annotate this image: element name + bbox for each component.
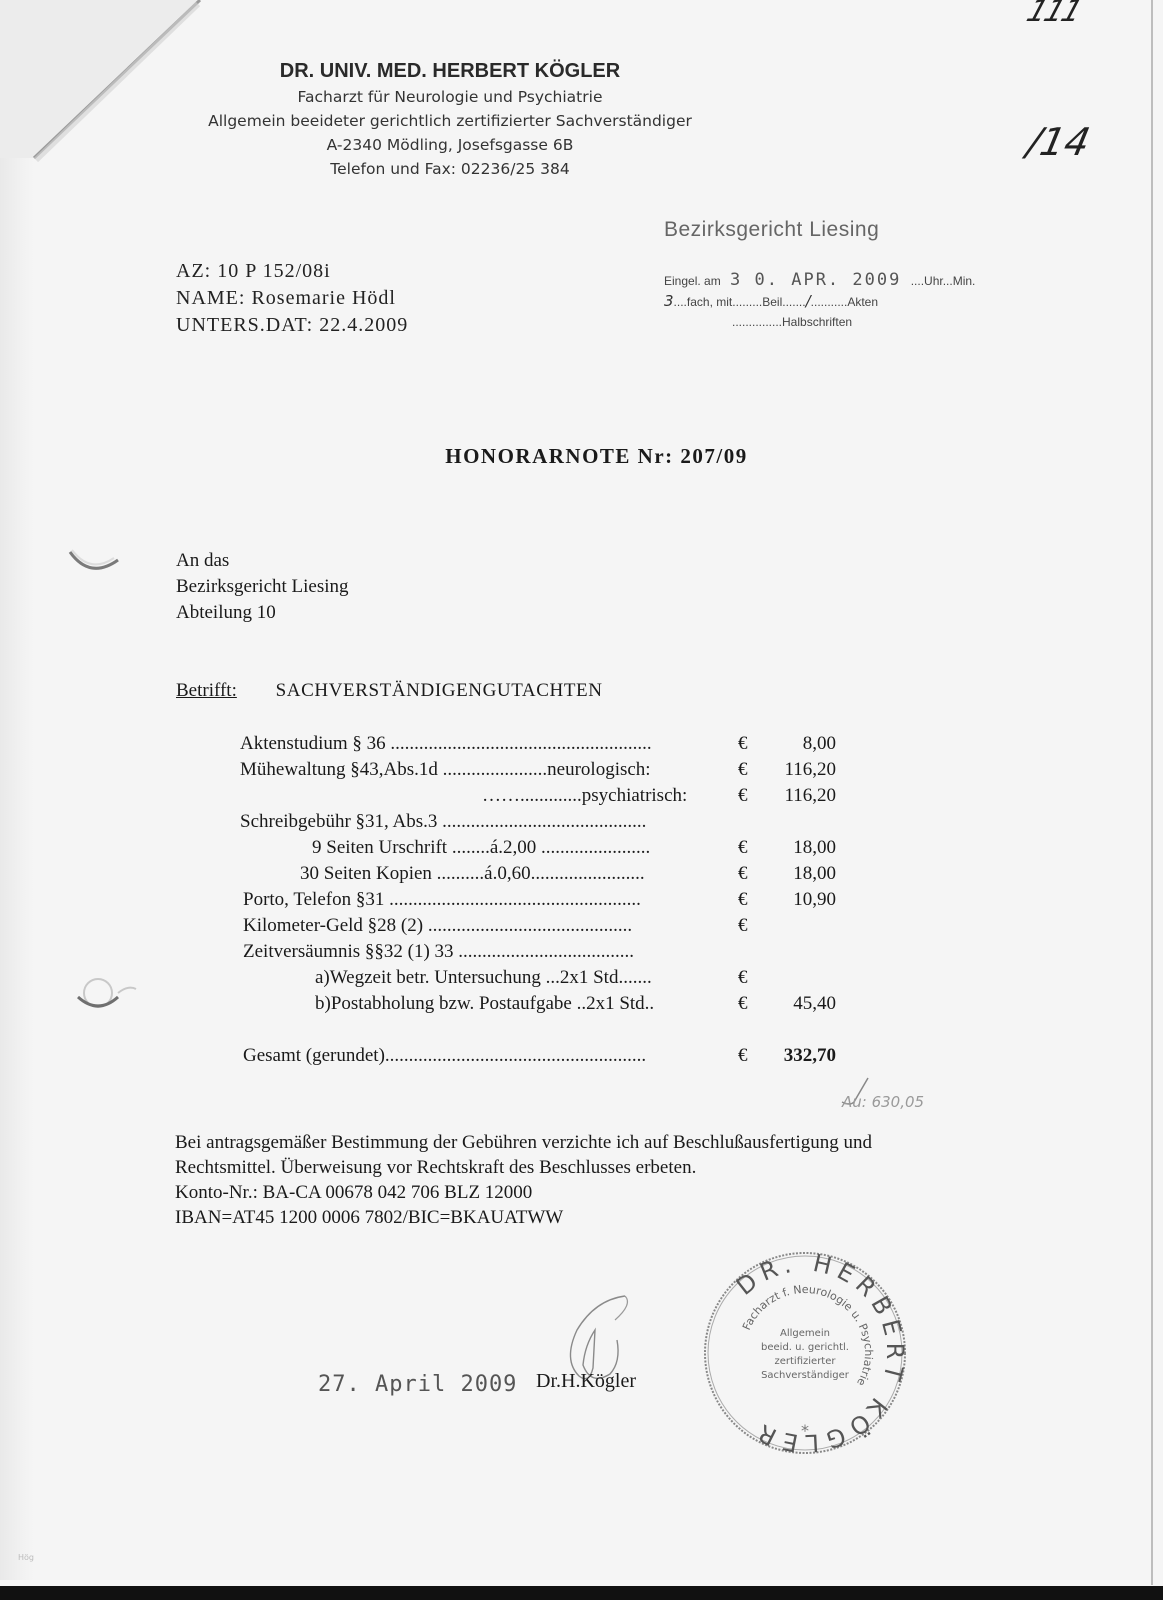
court-received-stamp: Bezirksgericht Liesing Eingel. am 3 0. A… <box>664 218 964 332</box>
fee-row: Schreibgebühr §31, Abs.3 ...............… <box>240 811 860 837</box>
subject-label: Betrifft: <box>176 680 237 701</box>
fee-label: Zeitversäumnis §§32 (1) 33 .............… <box>243 941 634 963</box>
fee-amount: 116,20 <box>784 785 836 807</box>
currency-symbol: € <box>738 759 748 781</box>
doctor-name: DR. UNIV. MED. HERBERT KÖGLER <box>150 60 750 83</box>
handwritten-folio-number: 111 <box>1022 0 1085 29</box>
exam-date: UNTERS.DAT: 22.4.2009 <box>176 312 408 339</box>
punch-hole-icon <box>70 975 150 1025</box>
fee-amount: 18,00 <box>793 837 836 859</box>
currency-symbol: € <box>738 863 748 885</box>
subject-line: Betrifft: SACHVERSTÄNDIGENGUTACHTEN <box>176 680 603 702</box>
seal-inner-line: zertifizierter <box>775 1356 837 1367</box>
handwritten-page-number: /14 <box>1023 120 1094 164</box>
currency-symbol: € <box>738 915 748 937</box>
doctor-phone: Telefon und Fax: 02236/25 384 <box>150 157 750 181</box>
iban: IBAN=AT45 1200 0006 7802/BIC=BKAUATWW <box>175 1205 1025 1230</box>
signatory-name: Dr.H.Kögler <box>536 1370 636 1393</box>
fee-amount: 18,00 <box>793 863 836 885</box>
currency-symbol: € <box>738 967 748 989</box>
currency-symbol: € <box>738 889 748 911</box>
reference-block: AZ: 10 P 152/08i NAME: Rosemarie Hödl UN… <box>176 258 408 339</box>
fee-label: 30 Seiten Kopien ..........á.0,60.......… <box>300 863 645 885</box>
waiver-line-1: Bei antragsgemäßer Bestimmung der Gebühr… <box>175 1130 1025 1155</box>
doctor-address: A-2340 Mödling, Josefsgasse 6B <box>150 133 750 157</box>
court-stamp-title: Bezirksgericht Liesing <box>664 218 964 242</box>
fee-label: Porto, Telefon §31 .....................… <box>243 889 641 911</box>
copies-count: 3 <box>664 292 674 310</box>
punch-hole-icon <box>60 540 130 590</box>
fee-row: Mühewaltung §43,Abs.1d .................… <box>240 759 860 785</box>
fee-row: 9 Seiten Urschrift ........á.2,00 ......… <box>240 837 860 863</box>
official-seal: DR. HERBERT KÖGLER Facharzt f. Neurologi… <box>700 1248 910 1458</box>
fee-row: Porto, Telefon §31 .....................… <box>240 889 860 915</box>
patient-name: NAME: Rosemarie Hödl <box>176 285 408 312</box>
seal-inner-line: beeid. u. gerichtl. <box>761 1342 849 1353</box>
fee-amount: 10,90 <box>793 889 836 911</box>
letterhead: DR. UNIV. MED. HERBERT KÖGLER Facharzt f… <box>150 60 750 181</box>
seal-inner-line: Allgemein <box>780 1328 830 1339</box>
fee-label: Schreibgebühr §31, Abs.3 ...............… <box>240 811 646 833</box>
currency-symbol: € <box>738 1045 748 1067</box>
recipient-line: Bezirksgericht Liesing <box>176 574 349 600</box>
half-copies-line: ...............Halbschriften <box>664 312 964 332</box>
fee-amount: 8,00 <box>803 733 836 755</box>
time-label: ....Uhr...Min. <box>911 274 976 288</box>
files-label: ...........Akten <box>811 295 878 309</box>
received-date: 3 0. APR. 2009 <box>730 270 901 290</box>
recipient-line: Abteilung 10 <box>176 600 349 626</box>
seal-inner-line: Sachverständiger <box>761 1370 850 1381</box>
handwritten-total-note: Au: 630,05 <box>842 1093 924 1111</box>
spacer <box>240 1019 860 1045</box>
fee-row: b)Postabholung bzw. Postaufgabe ..2x1 St… <box>240 993 860 1019</box>
recipient-address: An das Bezirksgericht Liesing Abteilung … <box>176 548 349 626</box>
fee-row: a)Wegzeit betr. Untersuchung ...2x1 Std.… <box>240 967 860 993</box>
currency-symbol: € <box>738 993 748 1015</box>
seal-outer-text: DR. HERBERT KÖGLER <box>731 1249 909 1457</box>
fee-row: 30 Seiten Kopien ..........á.0,60.......… <box>240 863 860 889</box>
closing-text: Bei antragsgemäßer Bestimmung der Gebühr… <box>175 1130 1025 1230</box>
scanned-page: 111 /14 DR. UNIV. MED. HERBERT KÖGLER Fa… <box>0 0 1163 1600</box>
fee-table: Aktenstudium § 36 ......................… <box>240 733 860 1071</box>
fee-row: …….............psychiatrisch:€116,20 <box>240 785 860 811</box>
fee-label: Kilometer-Geld §28 (2) .................… <box>243 915 632 937</box>
fee-total-amount: 332,70 <box>784 1045 836 1067</box>
waiver-line-2: Rechtsmittel. Überweisung vor Rechtskraf… <box>175 1155 1025 1180</box>
page-edge <box>1151 0 1153 1585</box>
fee-amount: 45,40 <box>793 993 836 1015</box>
footer-mark: Hög <box>18 1553 34 1562</box>
copies-text: ....fach, mit.........Beil....... <box>674 295 806 309</box>
fee-label: a)Wegzeit betr. Untersuchung ...2x1 Std.… <box>315 967 652 989</box>
fee-total-label: Gesamt (gerundet).......................… <box>243 1045 646 1067</box>
bank-account: Konto-Nr.: BA-CA 00678 042 706 BLZ 12000 <box>175 1180 1025 1205</box>
fee-label: …….............psychiatrisch: <box>482 785 687 807</box>
copies-line: 3....fach, mit.........Beil......./.....… <box>664 291 964 312</box>
currency-symbol: € <box>738 733 748 755</box>
invoice-title: HONORARNOTE Nr: 207/09 <box>0 444 1163 469</box>
received-line: Eingel. am 3 0. APR. 2009 ....Uhr...Min. <box>664 270 964 291</box>
fee-label: 9 Seiten Urschrift ........á.2,00 ......… <box>312 837 650 859</box>
signature-date-stamp: 27. April 2009 <box>318 1372 517 1397</box>
case-number: AZ: 10 P 152/08i <box>176 258 408 285</box>
scan-shadow <box>0 0 34 1580</box>
scan-border <box>0 1586 1163 1600</box>
fee-row: Aktenstudium § 36 ......................… <box>240 733 860 759</box>
fee-label: Mühewaltung §43,Abs.1d .................… <box>240 759 651 781</box>
doctor-specialty: Facharzt für Neurologie und Psychiatrie <box>150 85 750 109</box>
fee-total-row: Gesamt (gerundet).......................… <box>240 1045 860 1071</box>
recipient-line: An das <box>176 548 349 574</box>
doctor-certification: Allgemein beeideter gerichtlich zertifiz… <box>150 109 750 133</box>
fee-row: Zeitversäumnis §§32 (1) 33 .............… <box>240 941 860 967</box>
fee-label: b)Postabholung bzw. Postaufgabe ..2x1 St… <box>315 993 654 1015</box>
subject-value: SACHVERSTÄNDIGENGUTACHTEN <box>276 680 603 701</box>
currency-symbol: € <box>738 785 748 807</box>
currency-symbol: € <box>738 837 748 859</box>
fee-label: Aktenstudium § 36 ......................… <box>240 733 652 755</box>
fee-amount: 116,20 <box>784 759 836 781</box>
svg-text:DR. HERBERT KÖGLER: DR. HERBERT KÖGLER <box>731 1249 909 1457</box>
received-label: Eingel. am <box>664 274 721 288</box>
fee-row: Kilometer-Geld §28 (2) .................… <box>240 915 860 941</box>
seal-star-icon: * <box>801 1421 809 1440</box>
